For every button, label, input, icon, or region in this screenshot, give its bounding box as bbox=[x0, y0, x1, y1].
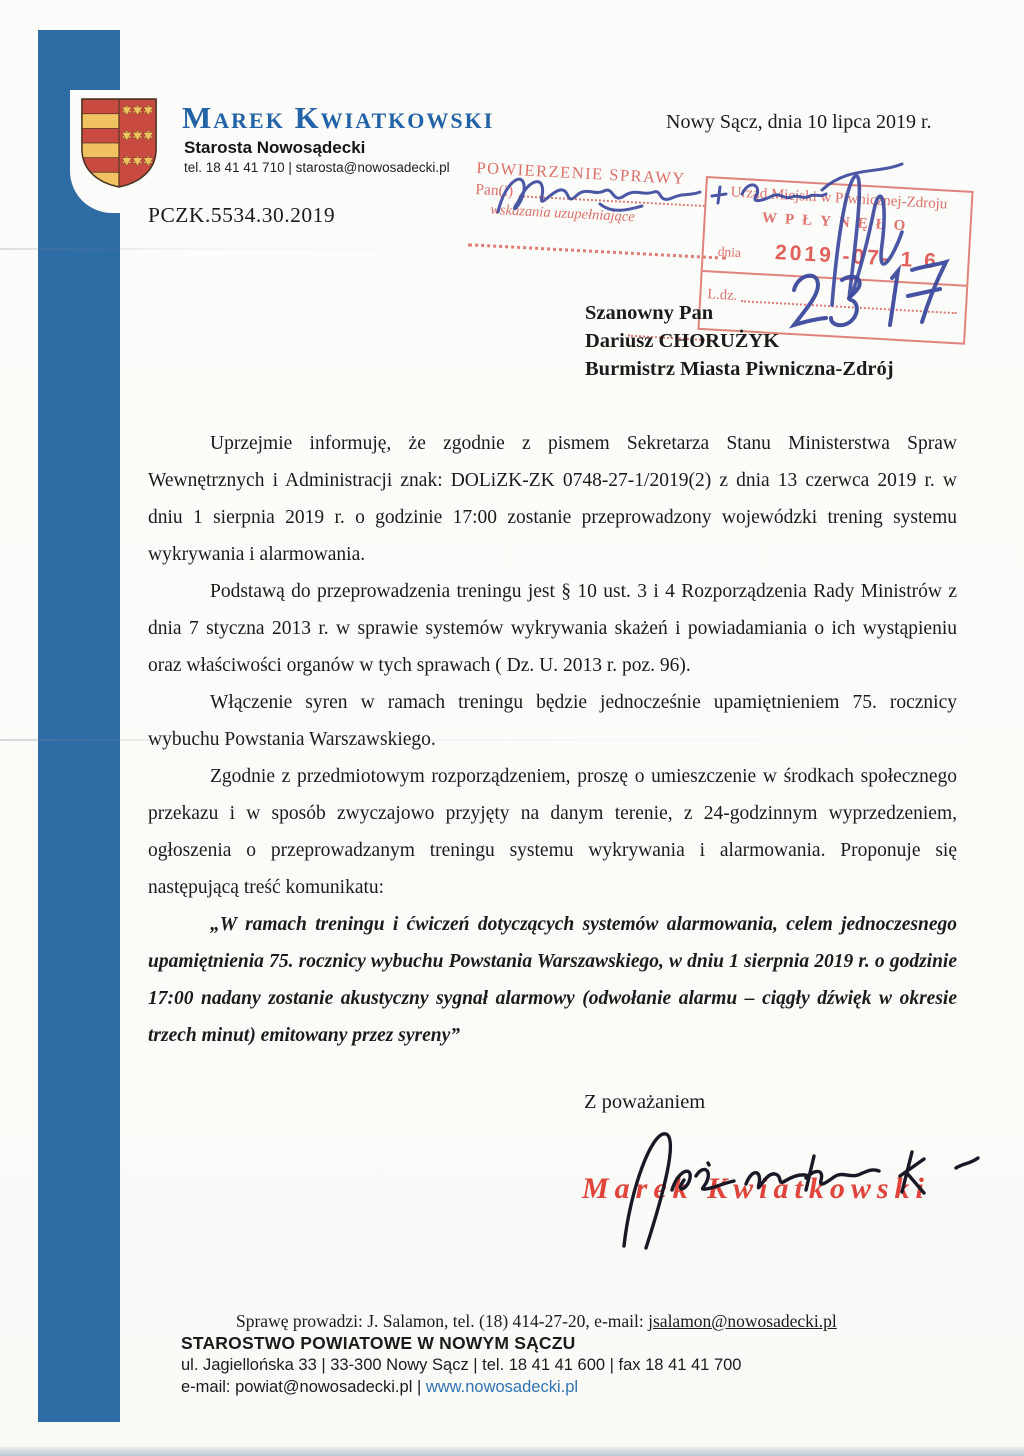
footer-email: e-mail: powiat@nowosadecki.pl | bbox=[181, 1378, 426, 1396]
footer-case-officer-email: jsalamon@nowosadecki.pl bbox=[648, 1311, 837, 1331]
assignment-stamp-dotted-line bbox=[468, 243, 726, 259]
paragraph-4: Zgodnie z przedmiotowym rozporządzeniem,… bbox=[148, 758, 957, 906]
decorative-left-bar bbox=[38, 30, 120, 1422]
sender-name: Marek Kwiatkowski bbox=[182, 100, 494, 136]
coat-of-arms-icon bbox=[78, 96, 160, 190]
received-stamp-date: 2019 -07- 1 6 bbox=[774, 241, 939, 274]
recipient-salutation: Szanowny Pan bbox=[585, 299, 894, 327]
scanned-letter-page: Marek Kwiatkowski Starosta Nowosądecki t… bbox=[0, 0, 1024, 1456]
paragraph-2: Podstawą do przeprowadzenia treningu jes… bbox=[148, 573, 957, 684]
signer-name: Marek Kwiatkowski bbox=[582, 1172, 930, 1206]
footer-case-officer: Sprawę prowadzi: J. Salamon, tel. (18) 4… bbox=[236, 1311, 837, 1332]
case-number: PCZK.5534.30.2019 bbox=[148, 203, 335, 228]
fold-crease-top bbox=[0, 248, 1024, 250]
footer-case-officer-text: Sprawę prowadzi: J. Salamon, tel. (18) 4… bbox=[236, 1311, 648, 1331]
place-and-date: Nowy Sącz, dnia 10 lipca 2019 r. bbox=[666, 111, 932, 134]
sender-contact: tel. 18 41 41 710 | starosta@nowosadecki… bbox=[184, 160, 450, 175]
footer-office-name: STAROSTWO POWIATOWE W NOWYM SĄCZU bbox=[181, 1333, 575, 1354]
fold-crease-bottom bbox=[0, 739, 1024, 741]
recipient-block: Szanowny Pan Dariusz CHORUŻYK Burmistrz … bbox=[585, 299, 894, 383]
paragraph-3: Włączenie syren w ramach treningu będzie… bbox=[148, 684, 957, 758]
paragraph-1: Uprzejmie informuję, że zgodnie z pismem… bbox=[148, 425, 957, 573]
closing-salutation: Z poważaniem bbox=[584, 1091, 705, 1114]
footer-address: ul. Jagiellońska 33 | 33-300 Nowy Sącz |… bbox=[181, 1356, 741, 1375]
announcement-quote: „W ramach treningu i ćwiczeń dotyczących… bbox=[148, 906, 957, 1054]
footer-email-web: e-mail: powiat@nowosadecki.pl | www.nowo… bbox=[181, 1378, 578, 1397]
recipient-title: Burmistrz Miasta Piwniczna-Zdrój bbox=[585, 355, 894, 383]
scan-edge-shadow bbox=[0, 1447, 1024, 1456]
received-stamp-date-label: dnia bbox=[717, 244, 741, 261]
sender-title: Starosta Nowosądecki bbox=[184, 138, 365, 158]
assignment-stamp-recipient-label: Pan(i) bbox=[475, 181, 514, 201]
recipient-name: Dariusz CHORUŻYK bbox=[585, 327, 894, 355]
footer-website: www.nowosadecki.pl bbox=[426, 1378, 578, 1396]
